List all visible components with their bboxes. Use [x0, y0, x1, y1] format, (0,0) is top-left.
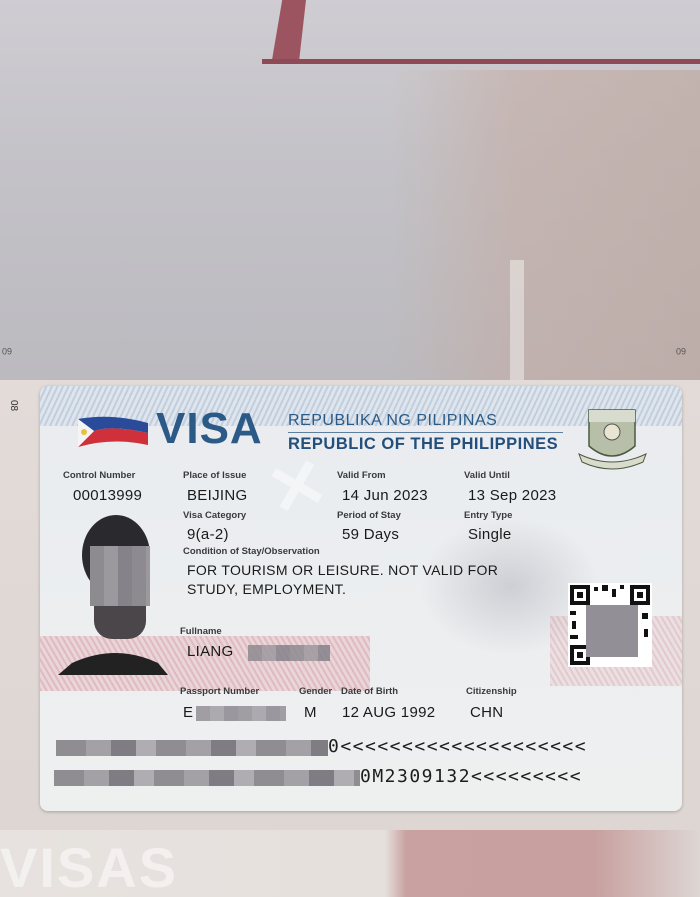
red-stamp-line	[262, 59, 700, 64]
redacted-mrz-1	[56, 740, 328, 756]
passport-number-label: Passport Number	[180, 686, 259, 697]
valid-from-value: 14 Jun 2023	[342, 487, 428, 504]
mrz-line-1: 0<<<<<<<<<<<<<<<<<<<<	[328, 736, 587, 757]
red-stamp-mark	[272, 0, 306, 60]
place-of-issue-label: Place of Issue	[183, 470, 246, 481]
header-english: REPUBLIC OF THE PHILIPPINES	[288, 435, 558, 454]
citizenship-value: CHN	[470, 704, 503, 721]
valid-from-label: Valid From	[337, 470, 386, 481]
entry-type-label: Entry Type	[464, 510, 512, 521]
mrz-line-2: 0M2309132<<<<<<<<<	[360, 766, 582, 787]
date-of-birth-value: 12 AUG 1992	[342, 704, 435, 721]
date-of-birth-label: Date of Birth	[341, 686, 398, 697]
passport-number-value: E	[183, 704, 193, 721]
period-of-stay-value: 59 Days	[342, 526, 399, 543]
visa-category-value: 9(a-2)	[187, 526, 229, 543]
control-number-label: Control Number	[63, 470, 135, 481]
philippine-flag-icon	[72, 411, 152, 451]
entry-type-value: Single	[468, 526, 512, 543]
valid-until-value: 13 Sep 2023	[468, 487, 556, 504]
period-of-stay-label: Period of Stay	[337, 510, 401, 521]
coat-of-arms-icon	[575, 400, 650, 475]
redacted-passport-number	[196, 706, 286, 721]
condition-label: Condition of Stay/Observation	[183, 546, 320, 557]
control-number-value: 00013999	[73, 487, 142, 504]
page-number-left: 60	[2, 346, 12, 356]
page-number-edge: 08	[8, 400, 19, 411]
citizenship-label: Citizenship	[466, 686, 517, 697]
redacted-face	[90, 546, 150, 606]
fullname-value: LIANG	[187, 643, 234, 660]
fullname-label: Fullname	[180, 626, 222, 637]
redacted-fullname	[248, 645, 330, 661]
gender-value: M	[304, 704, 317, 721]
visa-category-label: Visa Category	[183, 510, 246, 521]
visa-sticker: ✕ VISA REPUBLIKA NG PILIPINAS REPUBLIC O…	[40, 386, 682, 811]
redacted-mrz-2	[54, 770, 360, 786]
valid-until-label: Valid Until	[464, 470, 510, 481]
visas-background-text: VISAS	[0, 835, 178, 897]
page-number-right: 60	[676, 346, 686, 356]
visa-title: VISA	[156, 404, 263, 454]
condition-line-2: STUDY, EMPLOYMENT.	[187, 581, 346, 597]
header-filipino: REPUBLIKA NG PILIPINAS	[288, 412, 497, 430]
qr-code	[568, 583, 652, 667]
gender-label: Gender	[299, 686, 332, 697]
place-of-issue-value: BEIJING	[187, 487, 247, 504]
condition-line-1: FOR TOURISM OR LEISURE. NOT VALID FOR	[187, 562, 498, 578]
previous-passport-page: 60 60	[0, 0, 700, 380]
